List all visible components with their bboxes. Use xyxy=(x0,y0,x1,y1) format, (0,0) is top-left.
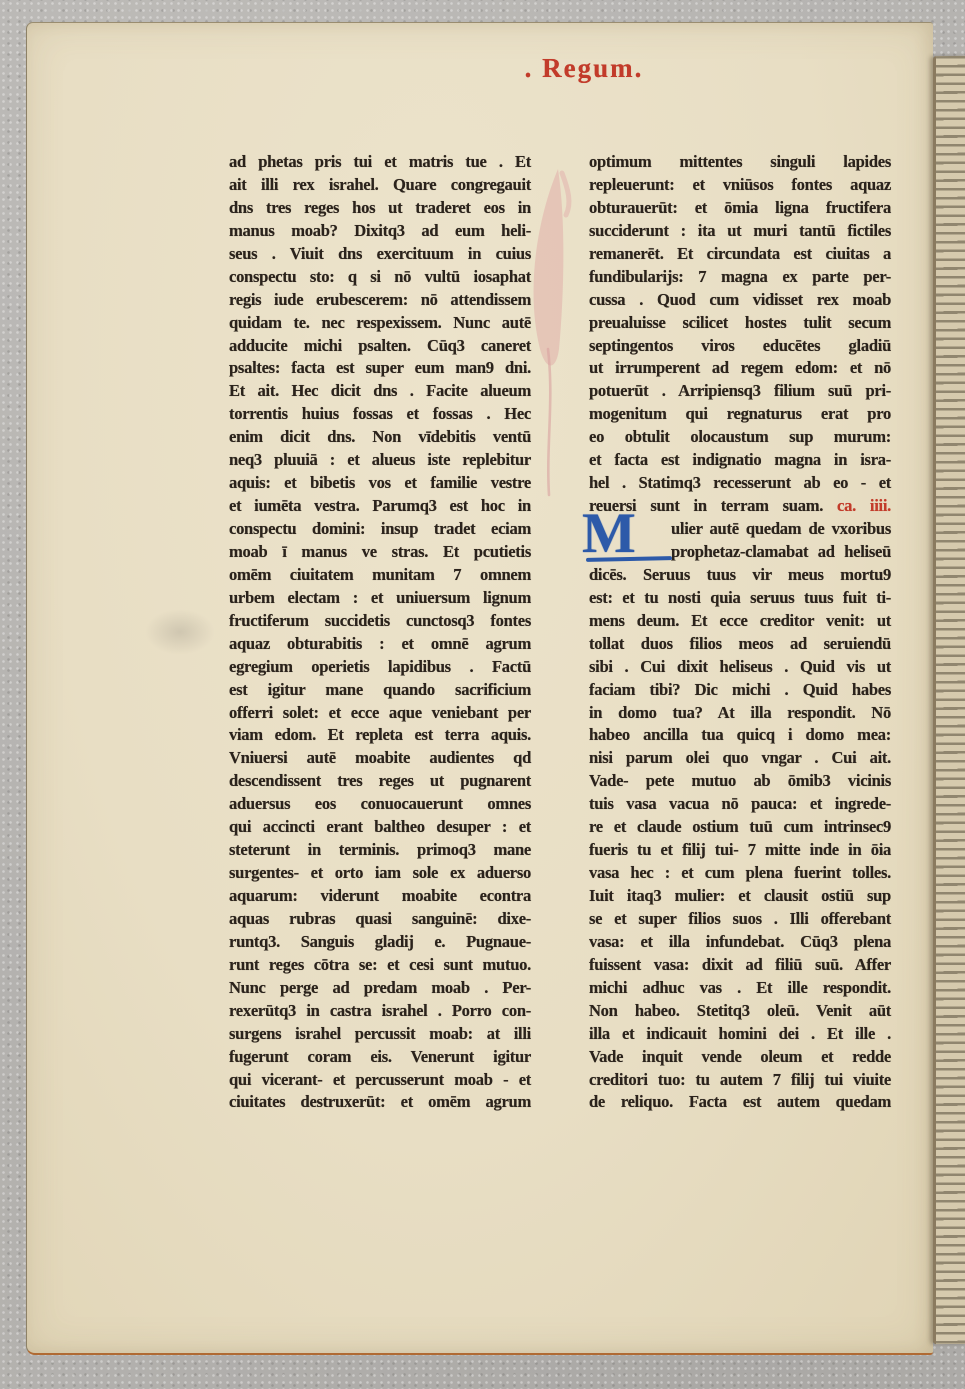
text-line: obturauerūt: et ōmia ligna fructifera xyxy=(589,197,891,220)
text-column-right: M optimum mittentes singuli lapidesreple… xyxy=(589,151,891,1114)
text-line: ad phetas pris tui et matris tue . Et xyxy=(229,151,531,174)
text-line: vasa: et illa infundebat. Cūq3 plena xyxy=(589,931,891,954)
text-line: omēm ciuitatem munitam 7 omnem xyxy=(229,564,531,587)
text-line: fueris tu et filij tui- 7 mitte inde in … xyxy=(589,839,891,862)
text-line: fugerunt coram eis. Venerunt igitur xyxy=(229,1046,531,1069)
text-line: steterunt in terminis. primoq3 mane xyxy=(229,839,531,862)
illuminated-initial-m: M xyxy=(582,511,668,559)
manuscript-page: . Regum. ad phetas pris tui et matris tu… xyxy=(26,22,933,1355)
text-line: hel . Statimq3 recesserunt ab eo - et xyxy=(589,472,891,495)
text-line: repleuerunt: et vniūsos fontes aquaz xyxy=(589,174,891,197)
text-line: dns tres reges hos ut traderet eos in xyxy=(229,197,531,220)
text-line: enim dicit dns. Non vīdebitis ventū xyxy=(229,426,531,449)
text-line: neq3 pluuiā : et alueus iste replebitur xyxy=(229,449,531,472)
text-line: cussa . Quod cum vidisset rex moab xyxy=(589,289,891,312)
text-line: aquas rubras quasi sanguinē: dixe- xyxy=(229,908,531,931)
text-line: est igitur mane quando sacrificium xyxy=(229,679,531,702)
text-line: rexerūtq3 in castra israhel . Porro con- xyxy=(229,1000,531,1023)
text-line: michi adhuc vas . Et ille respondit. xyxy=(589,977,891,1000)
text-line: Iuit itaq3 mulier: et clausit ostiū sup xyxy=(589,885,891,908)
text-line: ciuitates destruxerūt: et omēm agrum xyxy=(229,1091,531,1114)
text-line: illa et indicauit homini dei . Et ille . xyxy=(589,1023,891,1046)
text-line: fructiferum succidetis cunctosq3 fontes xyxy=(229,610,531,633)
text-line: et facta est indignatio magna in isra- xyxy=(589,449,891,472)
text-line: aquis: et bibetis vos et familie vestre xyxy=(229,472,531,495)
text-line: Et ait. Hec dicit dns . Facite alueum xyxy=(229,380,531,403)
text-line: dicēs. Seruus tuus vir meus mortu9 xyxy=(589,564,891,587)
text-line: quidam te. nec respexissem. Nunc autē xyxy=(229,312,531,335)
text-line: egregium operietis lapidibus . Factū xyxy=(229,656,531,679)
text-line: tollat duos filios meos ad seruiendū xyxy=(589,633,891,656)
text-line: creditori tuo: tu autem 7 filij tui viui… xyxy=(589,1069,891,1092)
text-line: est: et tu nosti quia seruus tuus fuit t… xyxy=(589,587,891,610)
book-fore-edge-pages xyxy=(933,56,965,1344)
text-line: surgens israhel percussit moab: at illi xyxy=(229,1023,531,1046)
text-line: remanerēt. Et circundata est ciuitas a xyxy=(589,243,891,266)
text-line: runtq3. Sanguis gladij e. Pugnaue- xyxy=(229,931,531,954)
running-title: . Regum. xyxy=(464,53,704,84)
text-line: psaltes: facta est super eum man9 dni. xyxy=(229,357,531,380)
text-line: de reliquo. Facta est autem quedam xyxy=(589,1091,891,1114)
text-column-left: ad phetas pris tui et matris tue . Etait… xyxy=(229,151,531,1114)
margin-smudge xyxy=(145,609,215,655)
text-line: aquarum: viderunt moabite econtra xyxy=(229,885,531,908)
text-line: manus moab? Dixitq3 ad eum heli- xyxy=(229,220,531,243)
text-line: eo obtulit olocaustum sup murum: xyxy=(589,426,891,449)
text-line: nisi parum olei quo vngar . Cui ait. xyxy=(589,747,891,770)
chapter-marker: ca. iiii. xyxy=(837,496,891,515)
pink-flourish xyxy=(522,163,586,507)
text-line: succiderunt : ita ut muri tantū fictiles xyxy=(589,220,891,243)
text-line: Vade inquit vende oleum et redde xyxy=(589,1046,891,1069)
text-line: ait illi rex israhel. Quare congregauit xyxy=(229,174,531,197)
text-line: habeo ancilla tua quicq i domo mea: xyxy=(589,724,891,747)
text-line: conspectu domini: insup tradet eciam xyxy=(229,518,531,541)
text-line: ut irrumperent ad regem edom: et nō xyxy=(589,357,891,380)
text-line: descendissent tres reges ut pugnarent xyxy=(229,770,531,793)
text-line: Vade- pete mutuo ab ōmib3 vicinis xyxy=(589,770,891,793)
text-line: urbem electam : et uniuersum lignum xyxy=(229,587,531,610)
text-line: potuerūt . Arripiensq3 filium suū pri- xyxy=(589,380,891,403)
text-line: Nunc perge ad predam moab . Per- xyxy=(229,977,531,1000)
text-line: offerri solet: et ecce aque veniebant pe… xyxy=(229,702,531,725)
text-line: qui accincti erant baltheo desuper : et xyxy=(229,816,531,839)
text-line: se et super filios suos . Illi offereban… xyxy=(589,908,891,931)
text-line: aduersus eos conuocauerunt omnes xyxy=(229,793,531,816)
text-line: re et claude ostium tuū cum intrinsec9 xyxy=(589,816,891,839)
text-line: torrentis huius fossas et fossas . Hec xyxy=(229,403,531,426)
text-line: optimum mittentes singuli lapides xyxy=(589,151,891,174)
text-line: sibi . Cui dixit heliseus . Quid vis ut xyxy=(589,656,891,679)
text-line: tuis vasa vacua nō pauca: et ingrede- xyxy=(589,793,891,816)
text-line: et iumēta vestra. Parumq3 est hoc in xyxy=(229,495,531,518)
text-line: faciam tibi? Dic michi . Quid habes xyxy=(589,679,891,702)
text-line: fundibularijs: 7 magna ex parte per- xyxy=(589,266,891,289)
text-line: fuissent vasa: dixit ad filiū suū. Affer xyxy=(589,954,891,977)
text-line: preualuisse scilicet hostes tulit secum xyxy=(589,312,891,335)
text-line: adducite michi psalten. Cūq3 caneret xyxy=(229,335,531,358)
text-line: qui vicerant- et percusserunt moab - et xyxy=(229,1069,531,1092)
text-line: mens deum. Et ecce creditor venit: ut xyxy=(589,610,891,633)
text-line: viam edom. Et repleta est terra aquis. xyxy=(229,724,531,747)
text-line: regis iude erubescerem: nō attendissem xyxy=(229,289,531,312)
text-line: aquaz obturabitis : et omnē agrum xyxy=(229,633,531,656)
text-line: seus . Viuit dns exercituum in cuius xyxy=(229,243,531,266)
text-line: vasa hec : et cum plena fuerint tolles. xyxy=(589,862,891,885)
text-line: Non habeo. Stetitq3 oleū. Venit aūt xyxy=(589,1000,891,1023)
text-line: Vniuersi autē moabite audientes qd xyxy=(229,747,531,770)
text-line: mogenitum qui regnaturus erat pro xyxy=(589,403,891,426)
text-line: runt reges cōtra se: et cesi sunt mutuo. xyxy=(229,954,531,977)
text-line: in domo tua? At illa respondit. Nō xyxy=(589,702,891,725)
text-line: septingentos viros educētes gladiū xyxy=(589,335,891,358)
text-line: moab ī manus ve stras. Et pcutietis xyxy=(229,541,531,564)
text-line: conspectu sto: q si nō vultū iosaphat xyxy=(229,266,531,289)
text-line: surgentes- et orto iam sole ex aduerso xyxy=(229,862,531,885)
